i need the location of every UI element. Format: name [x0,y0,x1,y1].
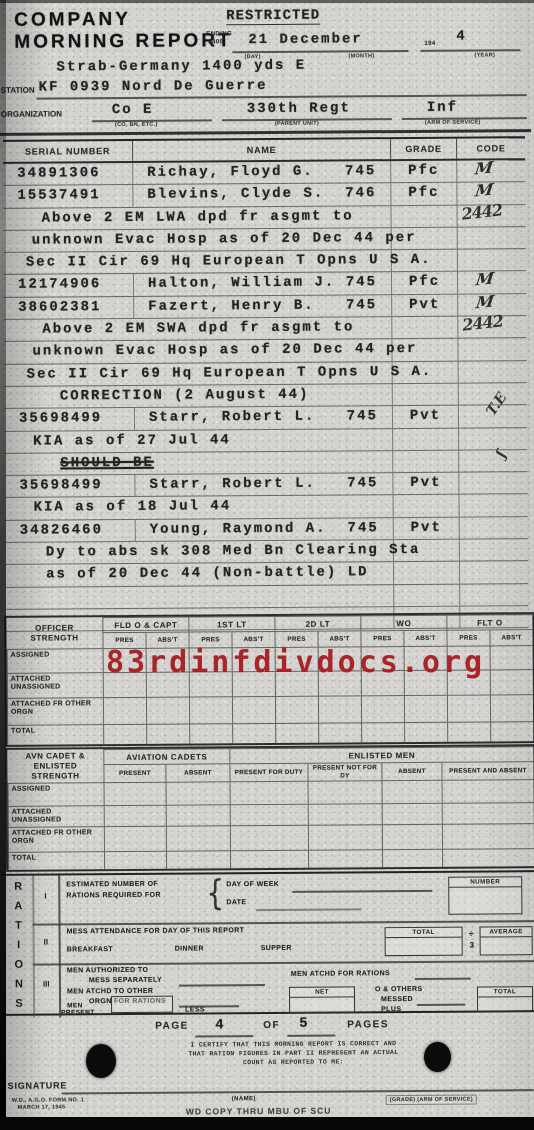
form-number-line1: W.D., A.G.O. FORM NO. 1 [12,1097,84,1104]
officer-strength-cell [232,647,275,671]
others-line1: O & OTHERS [375,986,423,993]
rations-row-divider-1 [32,920,534,925]
avn-subheader: PRESENT [103,764,165,782]
org-parent-value: 330th Regt [247,100,351,117]
pages-total-value: 5 [299,1016,310,1032]
roster-name: Blevins, Clyde S.746 [133,183,391,206]
roster-mos: 746 [345,184,376,204]
officer-strength-cell [189,671,232,696]
roster-mos: 745 [347,473,378,493]
avn-strength-corner-label: AVN CADET & ENLISTED STRENGTH [7,749,103,783]
page-label: PAGE [155,1021,189,1032]
roster-code-cell [459,428,527,450]
roster-note-cell: unknown Evac Hosp as of 20 Dec 44 per [4,339,392,363]
roster-mos: 745 [346,295,377,315]
avn-subheader: PRESENT FOR DUTY [229,763,307,782]
roster-code-cell [460,495,528,517]
roster-name-text: Richay, Floyd G. [147,162,314,183]
men-present-line2: PRESENT [61,1009,95,1016]
avn-strength-cell [104,805,166,826]
roster-grade: Pvt [393,473,459,495]
rations1-label-line2: RATIONS REQUIRED FOR [66,892,161,900]
wd-copy-note: WD COPY THRU MBU OF SCU [186,1106,332,1117]
average-box-label: AVERAGE [481,927,532,937]
day-of-week-blank [292,890,432,892]
pages-label: PAGES [347,1019,389,1030]
roster-note-cell: Dy to abs sk 308 Med Bn Clearing Sta [6,540,394,564]
org-unit-value: Co E [112,102,154,118]
officer-strength-cell [490,645,533,669]
men-present-box [111,996,173,1013]
roster-mos: 745 [347,518,378,538]
roster-grade: Pvt [394,517,460,539]
officer-strength-cell [447,721,490,741]
roster-serial: 35698499 [5,475,135,497]
officer-strength-cell [404,722,447,742]
avn-strength-cell [382,849,442,867]
roster-note-text: Above 2 EM LWA dpd fr asgmt to [4,206,391,229]
officer-strength-cell [103,697,146,724]
avn-strength-cell [230,850,308,869]
officer-col-group-label: FLT O [446,614,532,630]
less-label: LESS [185,1006,205,1013]
date-blank [256,908,361,910]
scan-edge-top [0,0,534,3]
avn-strength-cell [230,825,308,851]
divide-by-value: 3 [470,941,475,950]
roster-note-text: KIA as of 18 Jul 44 [6,496,393,519]
officer-strength-cell [361,722,404,742]
roster-grade: Pfc [392,272,458,294]
roster-mos: 745 [345,161,376,181]
roster-serial: 38602381 [4,297,134,319]
page-number-blank [195,1035,253,1037]
roster-grade: Pfc [391,161,457,183]
authorized-line2: MESS SEPARATELY [89,977,162,985]
roster-grade-cell [393,428,459,450]
roster-note-cell: SHOULD BE [5,451,393,475]
roster-code-cell: 2442 [458,316,526,338]
roster-note-cell: CORRECTION (2 August 44) [5,384,393,408]
year-underline [420,49,520,51]
atchd-other-line1: MEN ATCHD TO OTHER [67,988,153,996]
roster-note-text: KIA as of 27 Jul 44 [5,429,392,452]
avn-strength-cell [230,781,308,805]
officer-strength-cell [146,648,189,672]
rations-total-box-label: TOTAL [478,987,532,997]
roster-grade-cell [392,250,458,272]
roster-code-cell [459,450,527,472]
avn-subheader: ABSENT [165,763,229,781]
average-box: AVERAGE [480,926,533,955]
roster-note-text: Above 2 EM SWA dpd fr asgmt to [4,317,391,340]
rations-row-divider-2 [33,960,534,965]
roster-note-cell: as of 20 Dec 44 (Non-battle) LD [6,562,394,586]
rations-numeral-3: III [43,980,50,989]
officer-strength-cell [404,695,447,722]
roster-note-text: Dy to abs sk 308 Med Bn Clearing Sta [6,540,393,563]
officer-row-label: ATTACHED FR OTHER ORGN [7,697,103,725]
avn-strength-cell [308,780,382,804]
rations-numeral-divider [58,875,60,1017]
rations-letter-divider [32,876,34,1018]
roster-grade-cell [393,361,459,383]
org-arm-sublabel: (ARM OF SERVICE) [425,119,481,125]
divide-sign: ÷ [469,929,474,939]
officer-subheader: ABS'T [317,630,360,646]
avn-strength-cell [104,826,166,851]
pages-total-blank [287,1035,335,1037]
officer-strength-cell [361,695,404,722]
name-sublabel: (NAME) [232,1096,256,1102]
avn-strength-cell [308,803,382,825]
officer-strength-cell [490,721,533,741]
year-prefix: 194 [424,41,435,47]
roster-name-text: Young, Raymond A. [150,518,327,539]
roster-note-text: unknown Evac Hosp as of 20 Dec 44 per [4,340,391,363]
officer-subheader: PRES [446,629,489,645]
avn-strength-cell [166,781,230,804]
avn-strength-cell [442,848,534,867]
roster-name-text: Halton, William J. [148,273,335,294]
roster-name: Young, Raymond A.745 [136,518,394,541]
officer-subheader: PRES [102,632,145,648]
roster-note-text: Sec II Cir 69 Hq European T Opns U S A. [5,362,392,385]
roster-grade-cell [392,228,458,250]
roster-note-cell: Above 2 EM LWA dpd fr asgmt to [4,206,392,230]
mess-total-box: TOTAL [385,927,463,957]
roster-mos: 745 [347,406,378,426]
form-title-line2: MORNING REPORT [14,30,232,54]
date-label: DATE [226,899,246,906]
officer-strength-cell [146,672,189,697]
roster-name-text: Starr, Robert L. [149,407,316,428]
roster-note-text: as of 20 Dec 44 (Non-battle) LD [6,562,393,585]
org-parent-sublabel: (PARENT UNIT) [275,121,319,127]
ending-label: ENDING [206,31,232,37]
roster-note-cell: unknown Evac Hosp as of 20 Dec 44 per [4,228,392,252]
officer-subheader: ABS'T [403,630,446,646]
avn-row-label: ATTACHED FR OTHER ORGN [8,826,104,852]
officer-strength-cell [232,671,275,696]
mess-separately-blank [179,984,265,986]
grade-arm-sublabel: (GRADE) (ARM OF SERVICE) [386,1095,477,1106]
avn-strength-cell [166,825,230,850]
number-box-label: NUMBER [449,877,521,888]
punch-hole-left [86,1044,116,1078]
others-line2: MESSED [381,996,413,1003]
roster-table: SERIAL NUMBER NAME GRADE CODE 34891306Ri… [3,136,528,632]
avn-strength-cell [442,779,534,803]
roster-code-cell [460,517,528,539]
form-content: COMPANY RESTRICTED MORNING REPORT ENDING… [0,0,534,1130]
officer-strength-cell [275,723,318,743]
scan-edge-bottom [0,1117,534,1130]
roster-grade-cell [391,205,457,227]
avn-strength-cell [166,850,230,868]
form-title-line1: COMPANY [14,9,131,32]
org-unit-sublabel: (CO, BN, ETC.) [115,122,158,128]
ending-time-label: 2400 [208,39,223,45]
roster-name-text: Starr, Robert L. [149,474,316,495]
net-box-label: NET [290,987,354,997]
roster-code-cell [458,339,526,361]
roster-grade-cell [393,451,459,473]
day-of-week-label: DAY OF WEEK [226,881,279,888]
roster-header-grade: GRADE [391,139,457,159]
report-date-value: 21 December [248,31,363,48]
roster-serial: 15537491 [3,185,133,207]
avn-row-label: ASSIGNED [8,782,104,806]
roster-header-serial: SERIAL NUMBER [3,141,133,162]
officer-strength-cell [232,696,275,723]
dinner-label: DINNER [175,945,204,952]
form-number-line2: MARCH 17, 1945 [18,1104,66,1110]
officer-row-label: ATTACHED UNASSIGNED [7,672,103,698]
officer-strength-cell [189,647,232,671]
roster-note-text: unknown Evac Hosp as of 20 Dec 44 per [4,228,391,251]
date-underline [232,50,408,53]
plus-label: PLUS [381,1006,401,1013]
roster-note-cell: Sec II Cir 69 Hq European T Opns U S A. [4,250,392,274]
roster-grade-cell [394,495,460,517]
number-box: NUMBER [448,876,522,915]
officer-strength-cell [447,645,490,669]
rations1-brace: { [206,872,224,913]
rations-numeral-2: II [44,938,49,947]
roster-name-text: Blevins, Clyde S. [147,184,324,205]
month-sublabel: (MONTH) [348,53,374,59]
officer-strength-cell [361,646,404,670]
officer-strength-cell [189,723,232,743]
rations-side-label: RATIONS [12,881,25,1018]
officer-strength-cell [447,669,490,694]
roster-name: Starr, Robert L.745 [135,406,393,429]
roster-code-cell [459,361,527,383]
roster-header-row: SERIAL NUMBER NAME GRADE CODE [3,136,525,164]
roster-grade: Pvt [393,406,459,428]
roster-name: Starr, Robert L.745 [135,473,393,496]
avn-strength-cell [308,849,382,868]
officer-col-group-label: 2D LT [274,615,360,631]
officer-strength-corner-label: OFFICER STRENGTH [6,617,102,649]
signature-line [62,1089,534,1094]
officer-subheader: ABS'T [489,629,532,645]
enlisted-strength-table: AVN CADET & ENLISTED STRENGTHAVIATION CA… [5,744,534,872]
officer-subheader: PRES [274,631,317,647]
roster-grade-cell [392,317,458,339]
avn-strength-cell [230,804,308,826]
rations1-label-line1: ESTIMATED NUMBER OF [66,881,158,889]
officer-strength-cell [232,723,275,743]
roster-note-cell: Above 2 EM SWA dpd fr asgmt to [4,317,392,341]
of-label: OF [263,1020,280,1031]
avn-subheader: PRESENT AND ABSENT [441,761,533,780]
officer-col-group-label: FLD O & CAPT [102,617,188,633]
officer-row-label: ASSIGNED [7,648,103,673]
officer-strength-cell [275,647,318,671]
roster-code-cell [460,584,528,606]
year-value: 4 [456,29,467,45]
roster-code-cell [458,227,526,249]
roster-code-cell [460,562,528,584]
classification-stamp: RESTRICTED [226,8,320,26]
rations-total-box: TOTAL [477,986,533,1011]
roster-body: 34891306Richay, Floyd G.745PfcM15537491B… [3,160,528,632]
atchd-for-rations-blank [415,978,471,980]
roster-note-text: CORRECTION (2 August 44) [5,384,392,407]
certification-line1: I CERTIFY THAT THIS MORNING REPORT IS CO… [143,1040,443,1049]
officer-strength-cell [404,670,447,695]
roster-code-cell [459,472,527,494]
roster-serial: 34891306 [3,163,133,185]
handwritten-scribble: 2442 [461,311,503,334]
avn-subheader: ABSENT [381,762,441,780]
officer-strength-cell [318,670,361,695]
roster-mos: 745 [346,273,377,293]
roster-grade-cell [394,562,460,584]
officer-strength-cell [103,672,146,697]
officer-strength-cell [146,697,189,724]
officer-subheader: ABS'T [145,632,188,648]
roster-name-text: Fazert, Henry B. [148,295,315,316]
officer-col-group-label: 1ST LT [188,616,274,632]
officer-strength-cell [103,648,146,672]
roster-code-cell [460,539,528,561]
avn-strength-cell [382,824,442,849]
officer-strength-cell [189,696,232,723]
avn-strength-cell [442,823,534,849]
roster-header-name: NAME [133,139,391,161]
handwritten-code-mark: M [474,180,495,201]
roster-serial: 12174906 [4,274,134,296]
officer-subheader: PRES [360,630,403,646]
officer-strength-cell [146,724,189,744]
roster-name: Halton, William J.745 [134,273,392,296]
handwritten-code-mark: M [474,158,495,179]
page-number-value: 4 [215,1017,226,1033]
station-value: KF 0939 Nord De Guerre [39,78,268,96]
avn-strength-cell [442,802,534,824]
scanned-morning-report: COMPANY RESTRICTED MORNING REPORT ENDING… [0,0,534,1130]
roster-grade-cell [392,339,458,361]
roster-note-text: SHOULD BE [5,451,392,474]
handwritten-code-mark: M [475,269,496,290]
authorized-line1: MEN AUTHORIZED TO [67,967,149,975]
roster-serial: 35698499 [5,408,135,430]
officer-strength-cell [361,670,404,695]
roster-code-cell: 2442 [457,205,525,227]
mess-total-box-label: TOTAL [386,928,462,939]
roster-empty-cell [6,585,394,609]
avn-strength-cell [382,803,442,824]
year-sublabel: (YEAR) [474,52,495,58]
roster-name: Richay, Floyd G.745 [133,161,391,184]
roster-serial: 34826460 [6,520,136,542]
supper-label: SUPPER [261,945,292,952]
officer-strength-cell [447,694,490,721]
officer-strength-cell [103,724,146,744]
officer-subheader: ABS'T [231,631,274,647]
officer-row-label: TOTAL [7,724,103,745]
officer-col-group-label: WO [360,615,446,631]
roster-note-cell: KIA as of 18 Jul 44 [6,496,394,520]
avn-strength-cell [104,851,166,869]
signature-label: SIGNATURE [8,1080,68,1090]
avn-strength-cell [382,780,442,803]
mess-attendance-label: MESS ATTENDANCE FOR DAY OF THIS REPORT [67,927,245,935]
officer-strength-cell [404,646,447,670]
avn-row-label: ATTACHED UNASSIGNED [8,805,104,827]
officer-strength-table: OFFICER STRENGTHFLD O & CAPT1ST LT2D LTW… [4,612,534,747]
atchd-for-rations-label: MEN ATCHD FOR RATIONS [291,970,390,978]
officer-subheader: PRES [188,631,231,647]
others-messed-blank [417,1004,465,1006]
avn-strength-cell [166,804,230,825]
roster-note-text: Sec II Cir 69 Hq European T Opns U S A. [4,250,391,273]
location-value: Strab-Germany 1400 yds E [56,58,306,76]
org-arm-value: Inf [427,100,458,116]
roster-code-cell: M [458,272,526,294]
rations-section: RATIONS I ESTIMATED NUMBER OF RATIONS RE… [2,870,534,1016]
officer-strength-cell [318,646,361,670]
officer-strength-cell [275,696,318,723]
rations-numeral-1: I [44,892,46,901]
officer-strength-cell [318,722,361,742]
handwritten-code-mark: M [475,291,496,312]
roster-name: Fazert, Henry B.745 [134,295,392,318]
punch-hole-right [424,1042,451,1072]
officer-strength-cell [275,671,318,696]
roster-header-code: CODE [457,138,525,158]
avn-strength-cell [104,782,166,805]
avn-group-label: AVIATION CADETS [103,748,229,764]
roster-note-cell: Sec II Cir 69 Hq European T Opns U S A. [5,362,393,386]
organization-label: ORGANIZATION [1,109,62,118]
officer-strength-cell [490,669,533,694]
certification-line3: COUNT AS REPORTED TO ME: [143,1058,443,1067]
header-rule [0,129,531,135]
roster-code-cell: M [457,160,525,182]
avn-row-label: TOTAL [8,851,104,870]
avn-strength-cell [308,824,382,850]
handwritten-scribble: 2442 [461,200,503,223]
roster-grade-cell [394,584,460,606]
roster-grade-cell [393,384,459,406]
roster-note-cell: KIA as of 27 Jul 44 [5,429,393,453]
officer-strength-cell [490,694,533,721]
roster-grade: Pfc [391,183,457,205]
officer-strength-cell [318,695,361,722]
scan-edge-left [0,0,6,1130]
net-box: NET [289,986,355,1012]
avn-subheader: PRESENT NOT FOR DY [307,762,381,781]
breakfast-label: BREAKFAST [67,946,113,953]
roster-grade: Pvt [392,294,458,316]
roster-grade-cell [394,540,460,562]
certification-line2: THAT RATION FIGURES IN PART II REPRESENT… [143,1049,443,1058]
